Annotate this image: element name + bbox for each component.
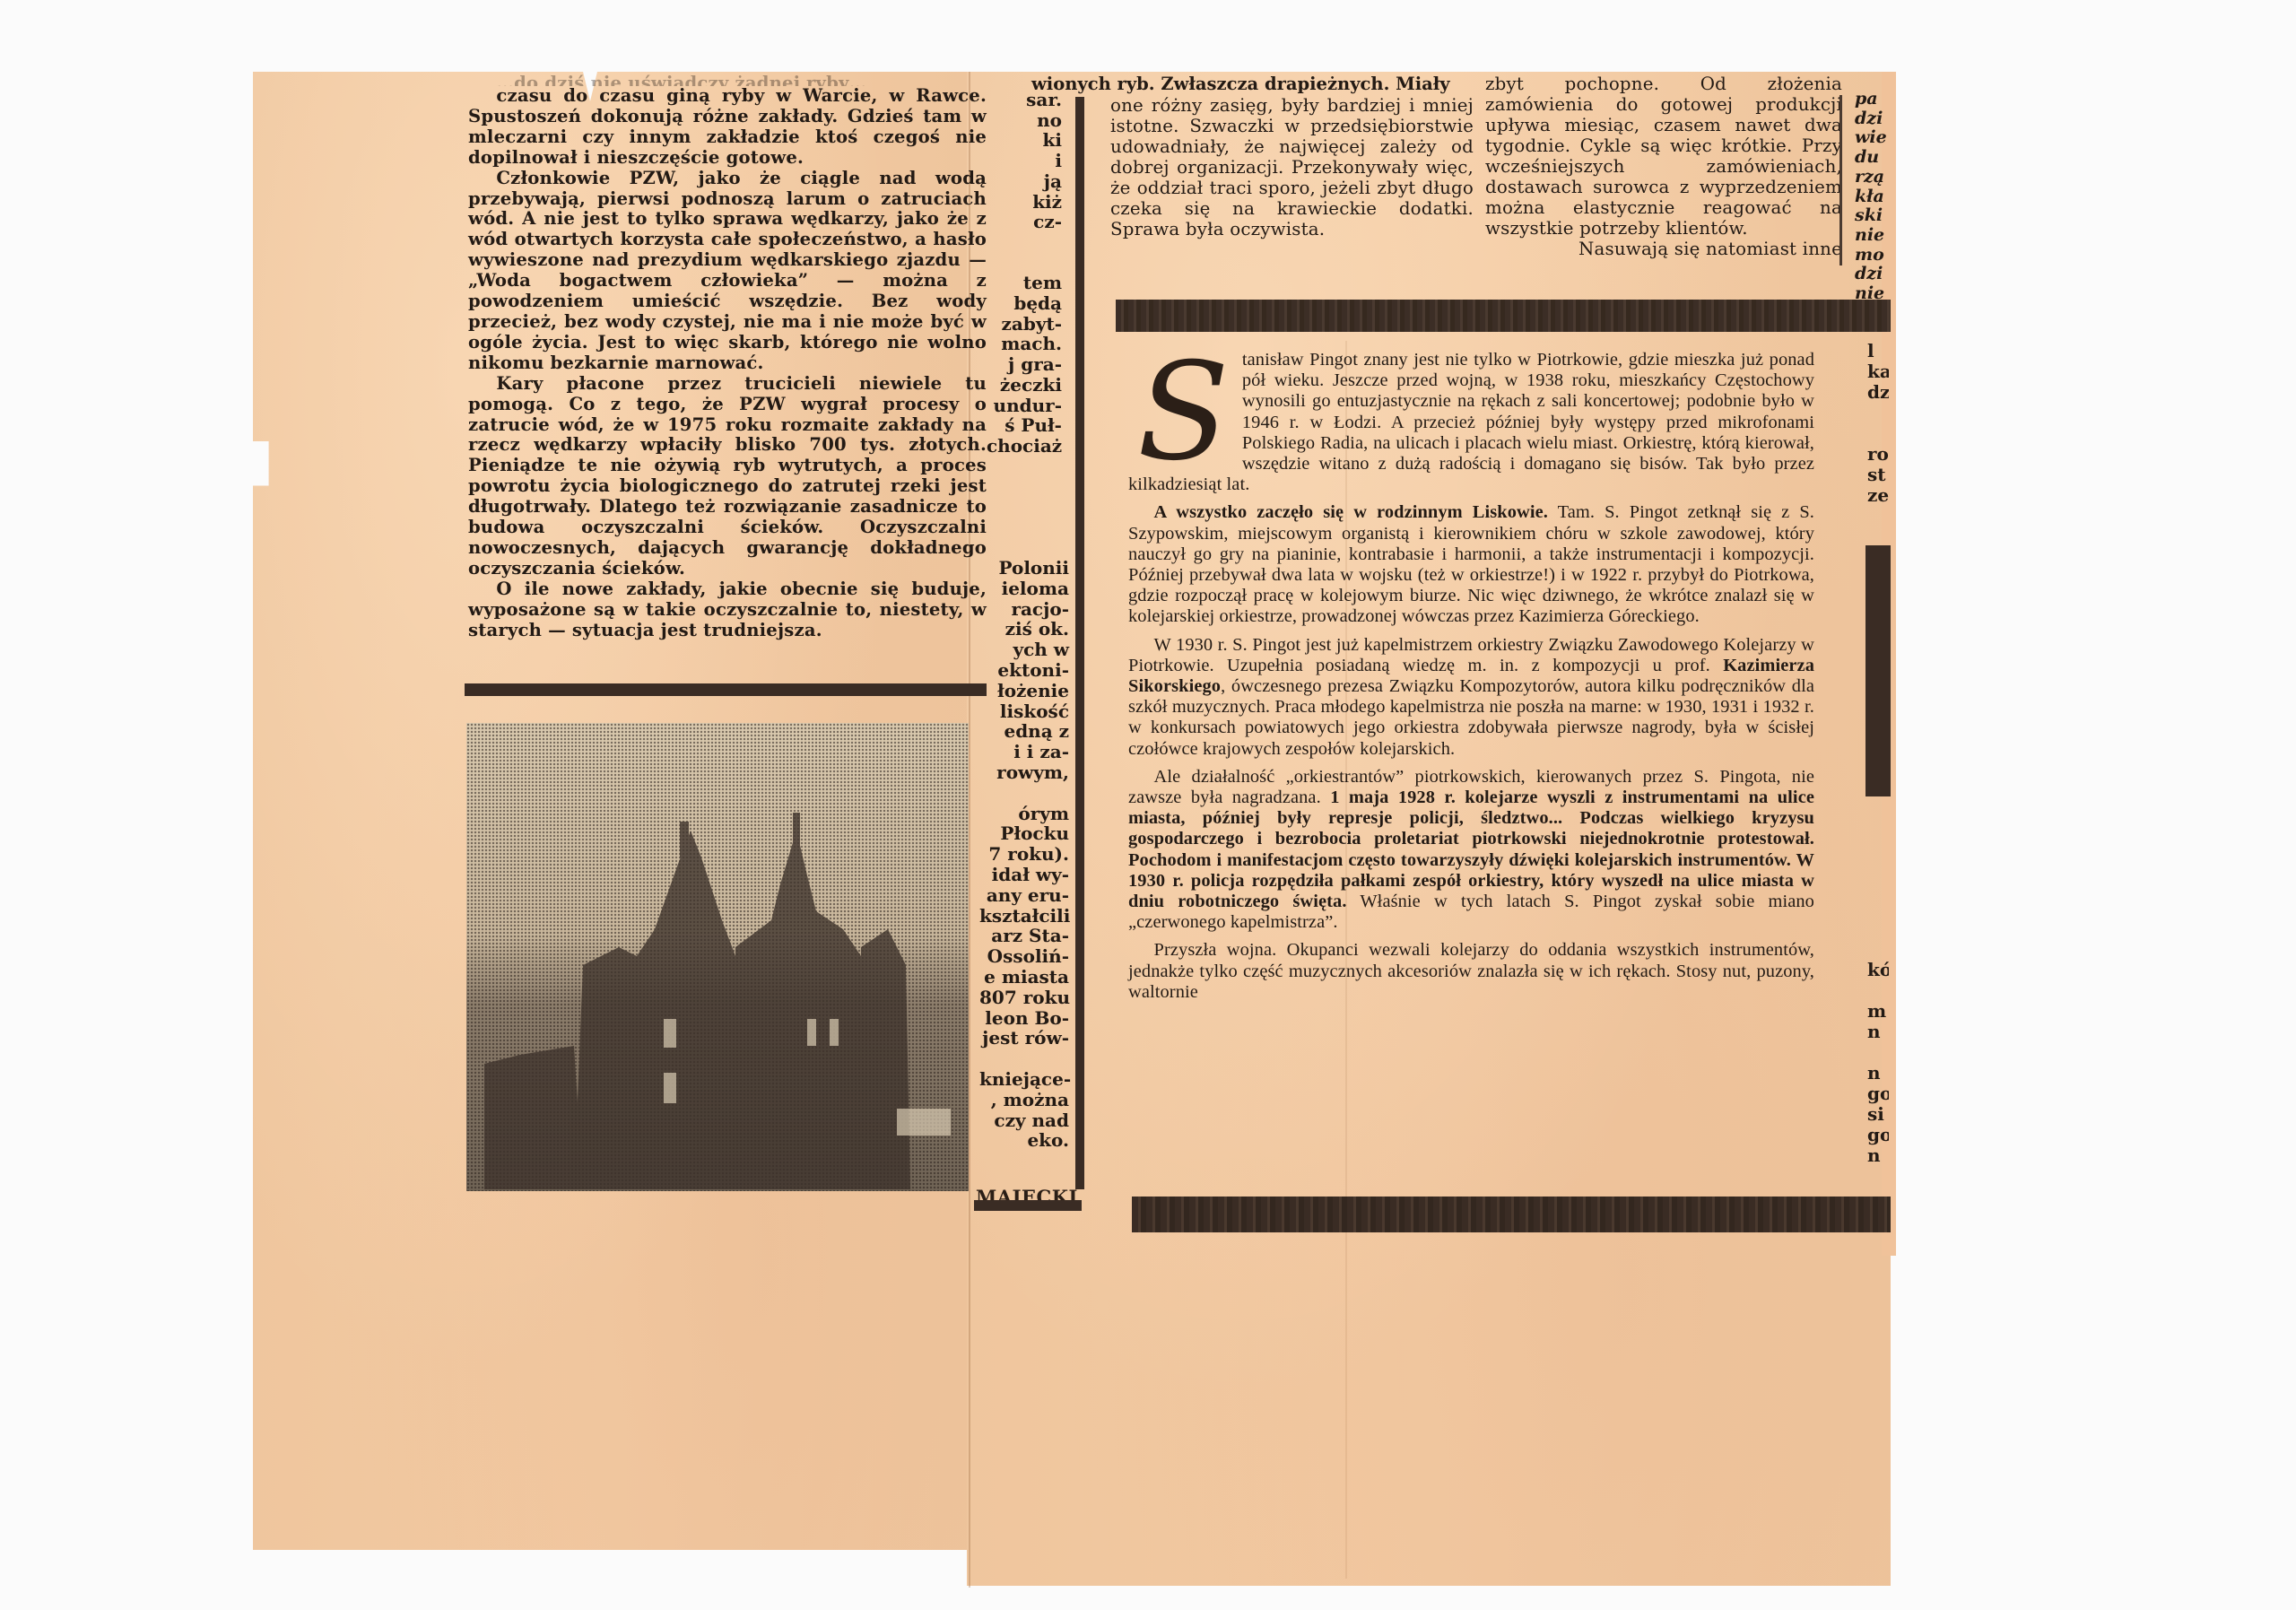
left-paragraph: czasu do czasu giną ryby w Warcie, w Raw… [468, 86, 987, 169]
edge-column-line: ski [1855, 206, 1891, 226]
narrow-column-line: , można [979, 1090, 1069, 1110]
narrow-column-line: ieloma [979, 579, 1069, 599]
narrow-column-line: arz Sta- [979, 926, 1069, 946]
right-edge-line: ro [1867, 444, 1889, 465]
edge-column-line: rzą [1855, 168, 1891, 187]
right-edge-line [1867, 403, 1889, 423]
right-paragraph: Nasuwają się natomiast inne [1485, 239, 1842, 259]
castle-photo [466, 723, 969, 1191]
edge-column-line: kła [1855, 187, 1891, 207]
narrow-column-line: chociaż [987, 436, 1062, 457]
narrow-column-line: tem [987, 273, 1062, 293]
right-edge-line [1867, 423, 1889, 444]
right-edge-line: st [1867, 465, 1889, 485]
narrow-column-line: Płocku [979, 823, 1069, 844]
narrow-column-line: Polonii [979, 558, 1069, 579]
narrow-column-line: jest rów- [979, 1028, 1069, 1049]
narrow-column-line [979, 1049, 1069, 1069]
right-edge-line [1867, 939, 1889, 960]
right-paragraph: zbyt pochopne. Od złożenia zamówienia do… [1485, 74, 1842, 239]
narrow-column-line: ś Puł- [987, 415, 1062, 436]
narrow-column-line: kiż [987, 192, 1062, 213]
narrow-column-line: órym [979, 804, 1069, 824]
right-edge-line: n [1867, 1063, 1889, 1083]
right-edge-line: go [1867, 1083, 1889, 1104]
right-edge-line: si [1867, 1104, 1889, 1125]
pingot-article: S tanisław Pingot znany jest nie tylko w… [1128, 350, 1814, 1010]
narrow-column-line: będą [987, 293, 1062, 314]
article-lead-paragraph: S tanisław Pingot znany jest nie tylko w… [1128, 350, 1814, 495]
narrow-column-line: ją [987, 171, 1062, 192]
narrow-column-fragments-bottom: Poloniiielomaracjo-ziś ok.ych wektoni-ło… [979, 558, 1069, 1151]
narrow-column-line: i [987, 151, 1062, 171]
narrow-column-line: i i za- [979, 742, 1069, 762]
narrow-column-line: Ossoliń- [979, 946, 1069, 967]
edge-column-line: mo [1855, 246, 1891, 265]
right-edge-line [1867, 527, 1889, 547]
right-edge-line: n [1867, 1145, 1889, 1166]
right-edge-line: ze [1867, 485, 1889, 506]
edge-column-line: dzi [1855, 265, 1891, 284]
column-rule-vertical [1075, 97, 1084, 1189]
narrow-column-fragments-top: sar.nokiijąkiżcz- tembędązabyt-mach.j gr… [987, 90, 1062, 457]
narrow-column-line [979, 783, 1069, 804]
narrow-column-line: cz- [987, 212, 1062, 232]
right-edge-line [1867, 980, 1889, 1001]
right-edge-line [1867, 877, 1889, 898]
right-edge-line: ka [1867, 361, 1889, 382]
narrow-column-line: łożenie [979, 681, 1069, 701]
middle-paragraph: one różny zasięg, były bardziej i mniej … [1110, 95, 1474, 239]
edge-column-line: dzi [1855, 109, 1891, 129]
narrow-column-line: leon Bo- [979, 1008, 1069, 1029]
narrow-column-line [987, 253, 1062, 274]
narrow-column-line: ych w [979, 640, 1069, 660]
narrow-column-line: ki [987, 130, 1062, 151]
article-footer-bar [1132, 1197, 1891, 1232]
section-divider-rule [465, 683, 987, 696]
narrow-column-line: idał wy- [979, 865, 1069, 885]
narrow-column-line: 7 roku). [979, 844, 1069, 865]
box-border-bottom [974, 1200, 1082, 1211]
article-bold-phrase: A wszystko zaczęło się w rodzinnym Lisko… [1154, 502, 1548, 522]
column-rule-thin [1839, 95, 1842, 265]
narrow-column-line: kształcili [979, 906, 1069, 927]
narrow-column-line: undur- [987, 396, 1062, 416]
edge-column-fragments: padziwiedurząkłaskiniemodzinie [1855, 90, 1891, 304]
narrow-column-line: no [987, 110, 1062, 131]
left-column-partial-line: …do dziś nie uświadczy żadnej ryby… [468, 74, 987, 86]
narrow-column-line: eko. [979, 1130, 1069, 1151]
right-edge-line: n [1867, 1022, 1889, 1042]
right-edge-line [1867, 815, 1889, 836]
right-edge-dark-block [1865, 545, 1891, 796]
right-edge-line [1867, 918, 1889, 939]
narrow-column-line: rowym, [979, 762, 1069, 783]
narrow-column-line: kniejące- [979, 1069, 1069, 1090]
edge-column-line: du [1855, 148, 1891, 168]
right-edge-line: dz [1867, 382, 1889, 403]
narrow-column-line: j gra- [987, 354, 1062, 375]
narrow-column-line: e miasta [979, 967, 1069, 988]
article-paragraph: Ale działalność „orkiestrantów” piotrkow… [1128, 767, 1814, 934]
narrow-column-line: 807 roku [979, 988, 1069, 1008]
article-text: , ówczesnego prezesa Związku Kompozytoró… [1128, 676, 1814, 759]
narrow-column-line: racjo- [979, 599, 1069, 620]
edge-column-line: nie [1855, 226, 1891, 246]
middle-column-top-line: wionych ryb. Zwłaszcza drapieżnych. Miał… [1031, 74, 1534, 94]
narrow-column-line: liskość [979, 701, 1069, 722]
article-paragraph: Przyszła wojna. Okupanci wezwali kolejar… [1128, 940, 1814, 1003]
right-edge-line [1867, 857, 1889, 877]
right-column-article: zbyt pochopne. Od złożenia zamówienia do… [1485, 74, 1842, 259]
narrow-column-line: any eru- [979, 885, 1069, 906]
castle-illustration [466, 723, 969, 1191]
narrow-column-line: edną z [979, 721, 1069, 742]
article-paragraph: A wszystko zaczęło się w rodzinnym Lisko… [1128, 502, 1814, 627]
left-paragraph: O ile nowe zakłady, jakie obecnie się bu… [468, 579, 987, 641]
narrow-column-line: ektoni- [979, 660, 1069, 681]
article-text: W 1930 r. S. Pingot jest już kapelmistrz… [1128, 635, 1814, 675]
left-column-article: …do dziś nie uświadczy żadnej ryby… czas… [468, 74, 987, 640]
right-edge-line [1867, 836, 1889, 857]
right-edge-line [1867, 1042, 1889, 1063]
narrow-column-line: mach. [987, 334, 1062, 354]
middle-column-article: one różny zasięg, były bardziej i mniej … [1110, 95, 1474, 239]
left-paragraph: Członkowie PZW, jako że ciągle nad wodą … [468, 169, 987, 374]
right-edge-line: l [1867, 341, 1889, 361]
narrow-column-line [987, 232, 1062, 253]
right-edge-line: kó [1867, 960, 1889, 980]
right-edge-line: m [1867, 1001, 1889, 1022]
narrow-column-line: czy nad [979, 1110, 1069, 1131]
narrow-column-line: żeczki [987, 375, 1062, 396]
edge-column-line: wie [1855, 128, 1891, 148]
article-header-bar [1116, 300, 1891, 332]
narrow-column-line: ziś ok. [979, 619, 1069, 640]
narrow-column-line: zabyt- [987, 314, 1062, 335]
right-edge-line [1867, 898, 1889, 918]
article-lead-text: tanisław Pingot znany jest nie tylko w P… [1128, 350, 1814, 494]
right-edge-line: go [1867, 1125, 1889, 1145]
article-paragraph: W 1930 r. S. Pingot jest już kapelmistrz… [1128, 635, 1814, 760]
right-edge-line [1867, 795, 1889, 815]
left-paragraph: Kary płacone przez trucicieli niewiele t… [468, 374, 987, 579]
edge-column-line: pa [1855, 90, 1891, 109]
drop-cap: S [1137, 355, 1230, 470]
right-edge-line [1867, 506, 1889, 527]
